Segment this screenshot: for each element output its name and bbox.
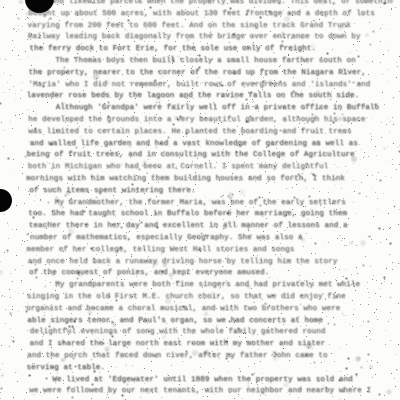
text-line: member of her college, telling West Hall…	[26, 245, 392, 257]
text-line: 'Maria' who I did not remember, built ro…	[28, 80, 394, 92]
text-line: singing in the old First M.E. church cho…	[27, 292, 393, 304]
punch-hole-mark	[0, 189, 12, 212]
text-line: Although 'Grandpa' were fairly well off …	[30, 103, 396, 115]
text-line: we were followed by our next tenants, wi…	[29, 386, 395, 398]
text-line: and once held back a runaway driving hor…	[28, 257, 394, 269]
text-line: was limited to certain places. He plante…	[28, 127, 394, 139]
text-line: teacher there in her day and excellent i…	[29, 221, 395, 233]
text-line: the ferry dock to Fort Erie, for the sol…	[30, 44, 396, 56]
text-line: of the conquest of ponies, and kept ever…	[29, 268, 395, 280]
text-line: and the porch that faced down river, aft…	[27, 351, 393, 363]
text-line: Railway leading back diagonally from the…	[28, 32, 394, 44]
text-line: and I shared the large north east room w…	[30, 339, 396, 351]
text-line: able singers tenor, and Paul's organ, so…	[27, 316, 393, 328]
text-line: number of mathematics, especially Geogra…	[30, 233, 396, 245]
text-line: mornings with him watching them building…	[26, 174, 392, 186]
text-line: delightful evenings of song with the who…	[30, 327, 396, 339]
text-line: of such items spent wintering there.	[29, 186, 395, 198]
text-line: We lived at 'Edgewater' until 1889 when …	[26, 375, 392, 387]
text-line: My grandparents were both fine singers a…	[29, 280, 395, 292]
scanned-page: then and likewise parcels when the prope…	[0, 0, 400, 400]
scan-blotch-layer	[0, 0, 2, 2]
text-line: then and likewise parcels when the prope…	[27, 0, 393, 9]
text-line: organist and became a choral musical, an…	[26, 304, 392, 316]
text-line: bought up about 500 acres, with about 13…	[28, 9, 394, 21]
text-line: varying from 200 feet to 600 feet. And o…	[28, 21, 394, 33]
text-line: lavender rose beds by the lagoon and the…	[27, 91, 393, 103]
text-line: My Grandmother, the former Maria, was on…	[29, 198, 395, 210]
text-line: The Thomas boys then built closely a sma…	[29, 56, 395, 68]
text-line: he developed the grounds into a very bea…	[28, 115, 394, 127]
scan-noise-layer	[0, 0, 1, 1]
text-line: the property, nearer to the corner of th…	[29, 68, 395, 80]
text-line: and walled life garden and had a vast kn…	[30, 139, 396, 151]
text-line: serving at table.	[27, 363, 393, 375]
document-text: then and likewise parcels when the prope…	[28, 0, 394, 398]
text-line: too. She had taught school in Buffalo be…	[28, 209, 394, 221]
text-line: both in Michigan who had been at Cornell…	[28, 162, 394, 174]
text-line: being of fruit trees, and in consulting …	[27, 150, 393, 162]
